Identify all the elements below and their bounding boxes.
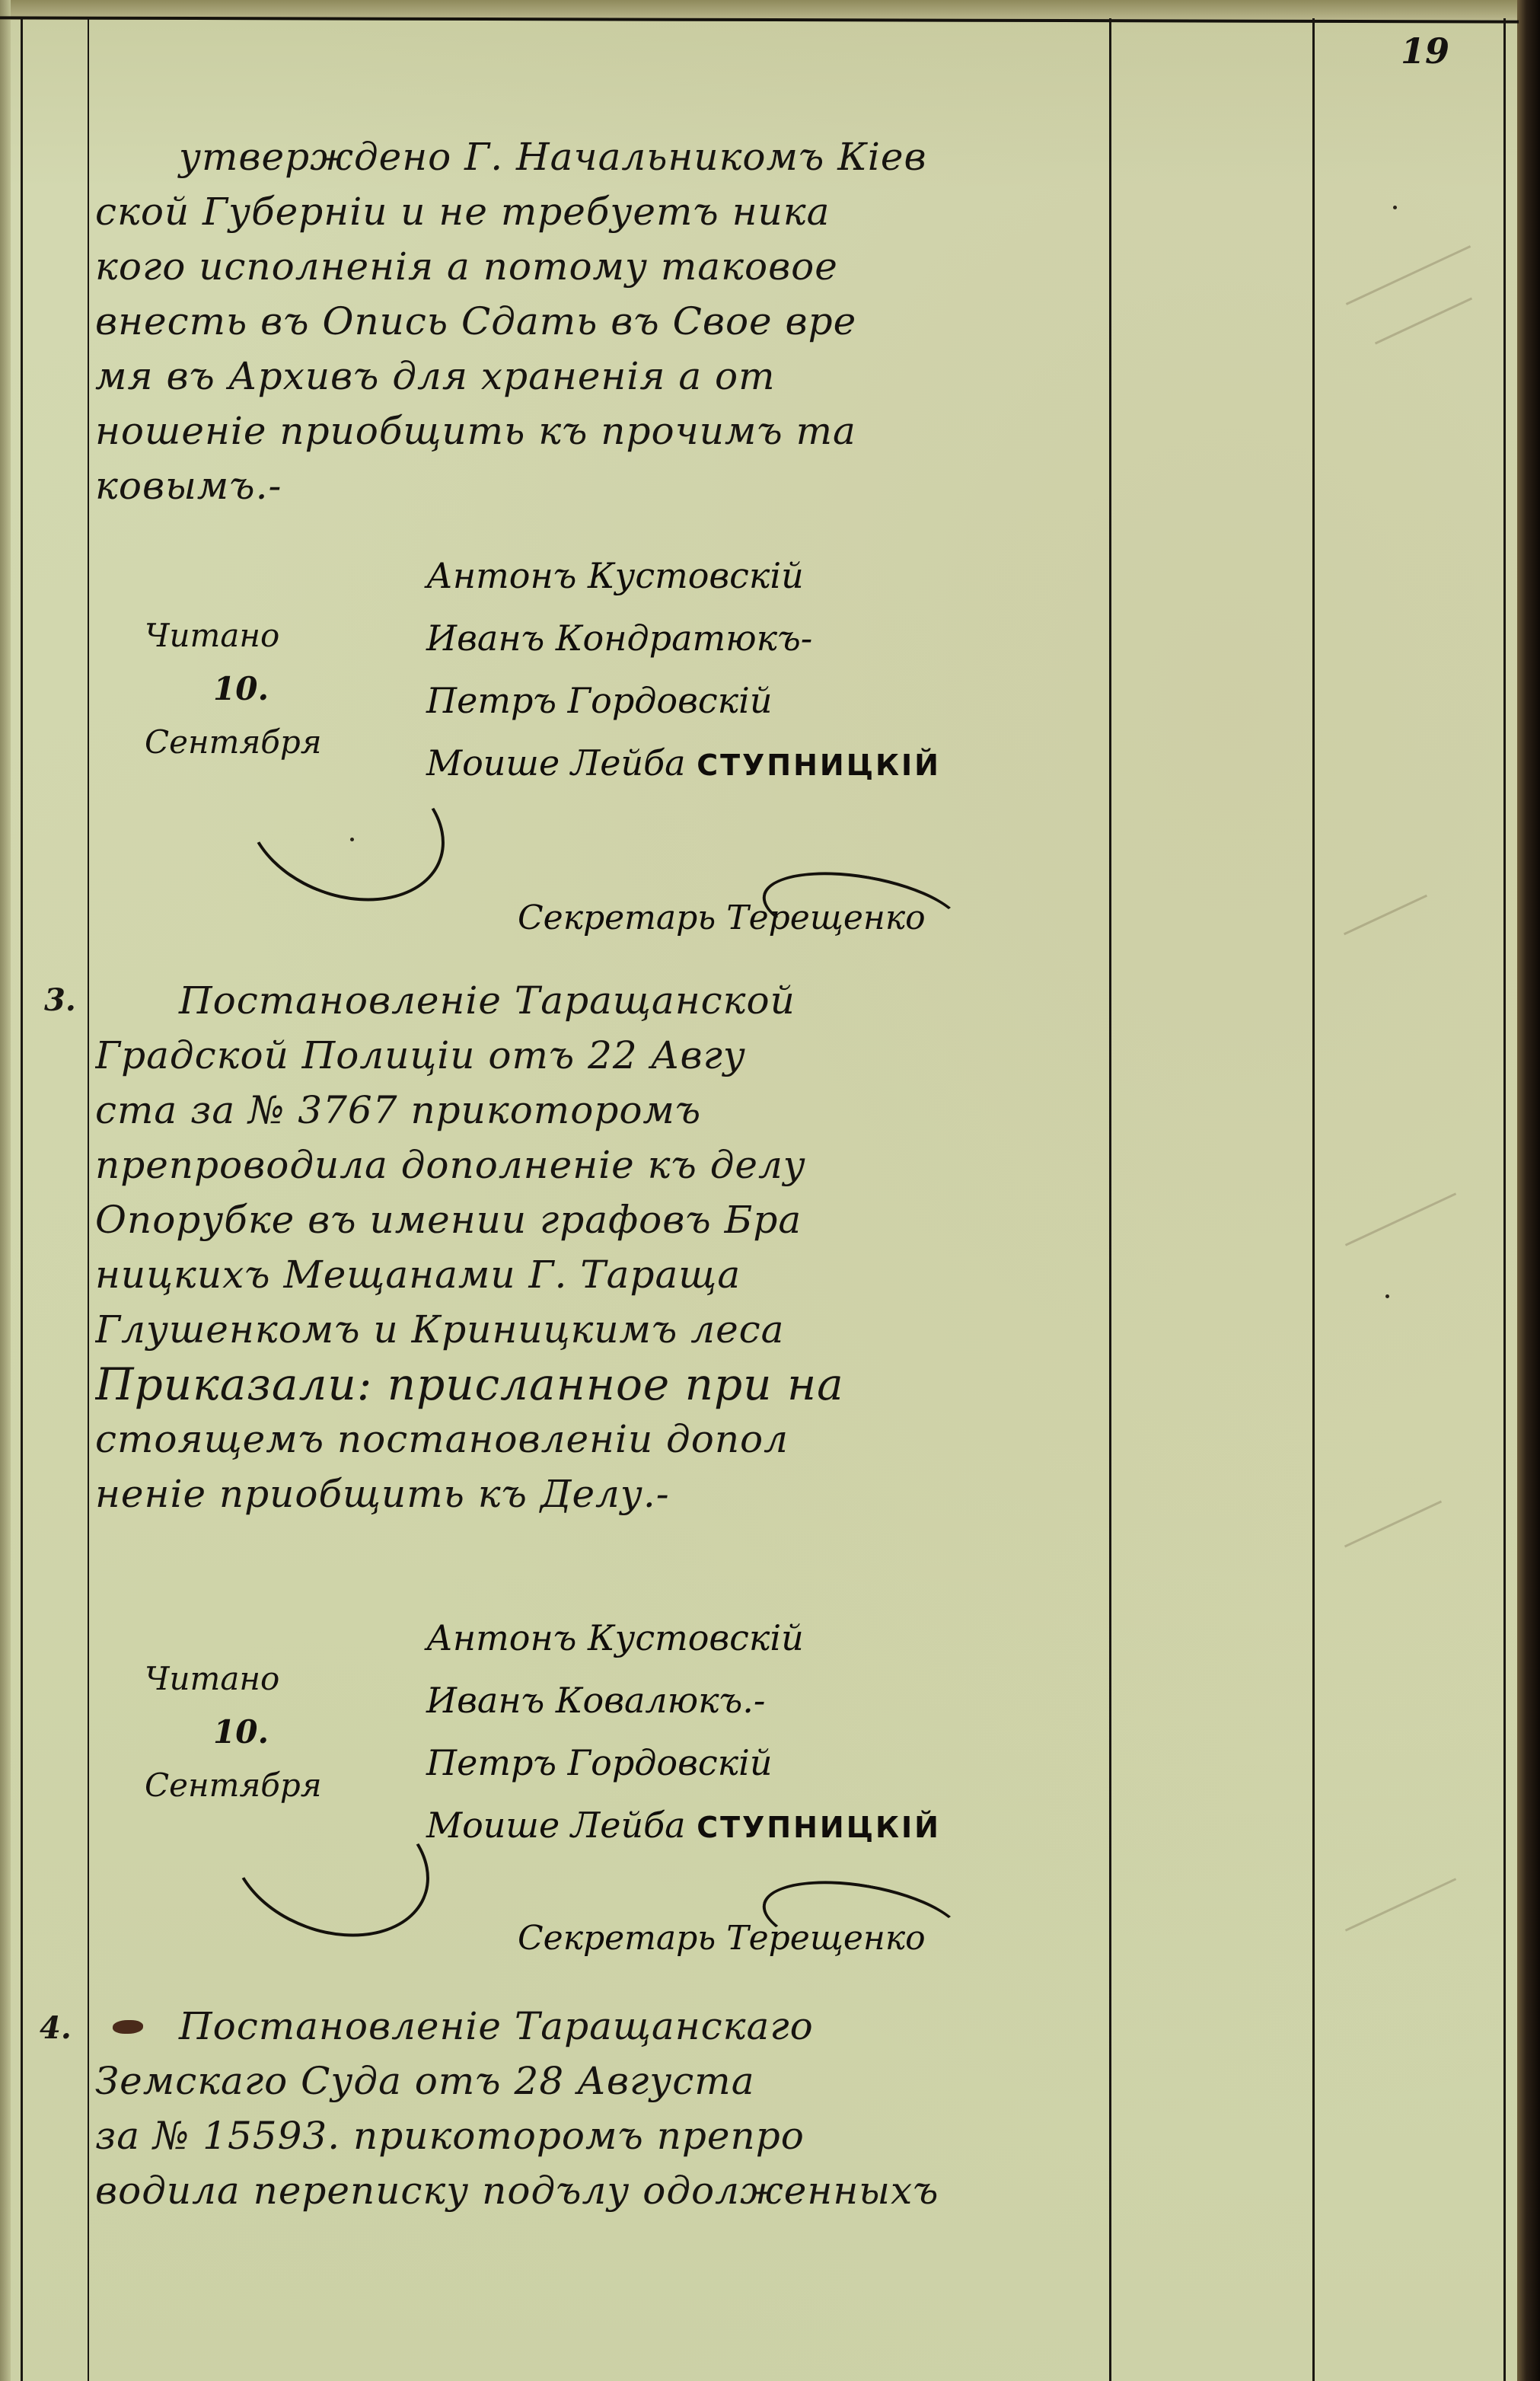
text-line: Градской Полицiи отъ 22 Авгу — [95, 1028, 1108, 1083]
read-day: 10. — [145, 662, 419, 716]
text-line: препроводила дополненiе къ делу — [95, 1138, 1108, 1192]
section-number: 3. — [44, 982, 76, 1018]
continuation-paragraph: утверждено Г. Начальникомъ Кiев ской Губ… — [95, 129, 1108, 513]
book-binding-edge — [1517, 0, 1540, 2381]
page-number: 19 — [1401, 30, 1449, 72]
signature: Петръ Гордовскiй — [426, 669, 1111, 732]
signature: Петръ Гордовскiй — [426, 1731, 1111, 1794]
page-left-edge — [0, 0, 11, 2381]
signature: Моише Лейба СТУПНИЦКIЙ — [426, 1794, 1111, 1859]
read-date-note: Читано 10. Сентября — [145, 609, 419, 769]
text-line: ненiе приобщить къ Делу.- — [95, 1467, 1108, 1521]
text-line: ста за № 3767 прикоторомъ — [95, 1083, 1108, 1138]
ink-speck — [1385, 1294, 1389, 1298]
read-label: Читано — [145, 609, 419, 662]
column-rule-outer-right — [1503, 18, 1506, 2381]
text-line: Постановленiе Таращанскаго — [95, 1999, 1108, 2054]
block-signature: СТУПНИЦКIЙ — [697, 1811, 941, 1844]
secretary-flourish — [757, 1867, 971, 1976]
bleed-through-mark — [1345, 1192, 1456, 1246]
text-line: ницкихъ Мещанами Г. Тараща — [95, 1247, 1108, 1302]
text-line: ношенiе приобщить къ прочимъ та — [95, 404, 1108, 458]
signature: Моише Лейба СТУПНИЦКIЙ — [426, 732, 1111, 796]
text-line: Глушенкомъ и Криницкимъ леса — [95, 1302, 1108, 1357]
text-line: ковымъ.- — [95, 458, 1108, 513]
text-line: мя въ Архивъ для храненiя а от — [95, 349, 1108, 404]
text-line: ской Губернiи и не требуетъ ника — [95, 184, 1108, 239]
secretary-flourish — [757, 858, 971, 967]
column-rule-text-right — [1109, 18, 1111, 2381]
column-rule-outer-left — [21, 18, 23, 2381]
section-3-paragraph: Постановленiе Таращанской Градской Полиц… — [95, 973, 1108, 1521]
signature: Антонъ Кустовскiй — [426, 544, 1111, 607]
text-line: кого исполненiя а потому таковое — [95, 239, 1108, 294]
signature: Иванъ Кондратюкъ- — [426, 607, 1111, 669]
text-line: водила переписку подълу одолженныхъ — [95, 2163, 1108, 2218]
text-line: внесть въ Опись Сдать въ Свое вре — [95, 294, 1108, 349]
section-4-paragraph: Постановленiе Таращанскаго Земскаго Суда… — [95, 1999, 1108, 2218]
read-day: 10. — [145, 1706, 419, 1759]
text-line: Опорубке въ имении графовъ Бра — [95, 1192, 1108, 1247]
signatures-block: Антонъ Кустовскiй Иванъ Кондратюкъ- Петр… — [426, 544, 1111, 796]
bleed-through-mark — [1346, 245, 1471, 305]
text-line: стоящемъ постановленiи допол — [95, 1412, 1108, 1467]
ink-speck — [350, 838, 354, 841]
signature-name: Моише Лейба — [426, 1805, 686, 1846]
signature: Антонъ Кустовскiй — [426, 1607, 1111, 1669]
block-signature: СТУПНИЦКIЙ — [697, 748, 941, 782]
column-rule-number — [88, 18, 89, 2381]
text-line: утверждено Г. Начальникомъ Кiев — [95, 129, 1108, 184]
bleed-through-mark — [1375, 298, 1472, 345]
text-line: Земскаго Суда отъ 28 Августа — [95, 2054, 1108, 2108]
text-line-resolution: Приказали: присланное при на — [95, 1357, 1108, 1412]
read-label: Читано — [145, 1652, 419, 1706]
signature-name: Моише Лейба — [426, 742, 686, 784]
signature: Иванъ Ковалюкъ.- — [426, 1669, 1111, 1731]
bleed-through-mark — [1344, 895, 1427, 935]
text-line: за № 15593. прикоторомъ препро — [95, 2108, 1108, 2163]
column-rule-margin — [1312, 18, 1315, 2381]
text-line: Постановленiе Таращанской — [95, 973, 1108, 1028]
bleed-through-mark — [1345, 1878, 1456, 1931]
ink-speck — [1393, 206, 1397, 209]
signatures-block: Антонъ Кустовскiй Иванъ Ковалюкъ.- Петръ… — [426, 1607, 1111, 1859]
ledger-page: 19 утверждено Г. Начальникомъ Кiев ской … — [0, 0, 1540, 2381]
bleed-through-mark — [1344, 1501, 1442, 1548]
section-number: 4. — [40, 2010, 72, 2046]
